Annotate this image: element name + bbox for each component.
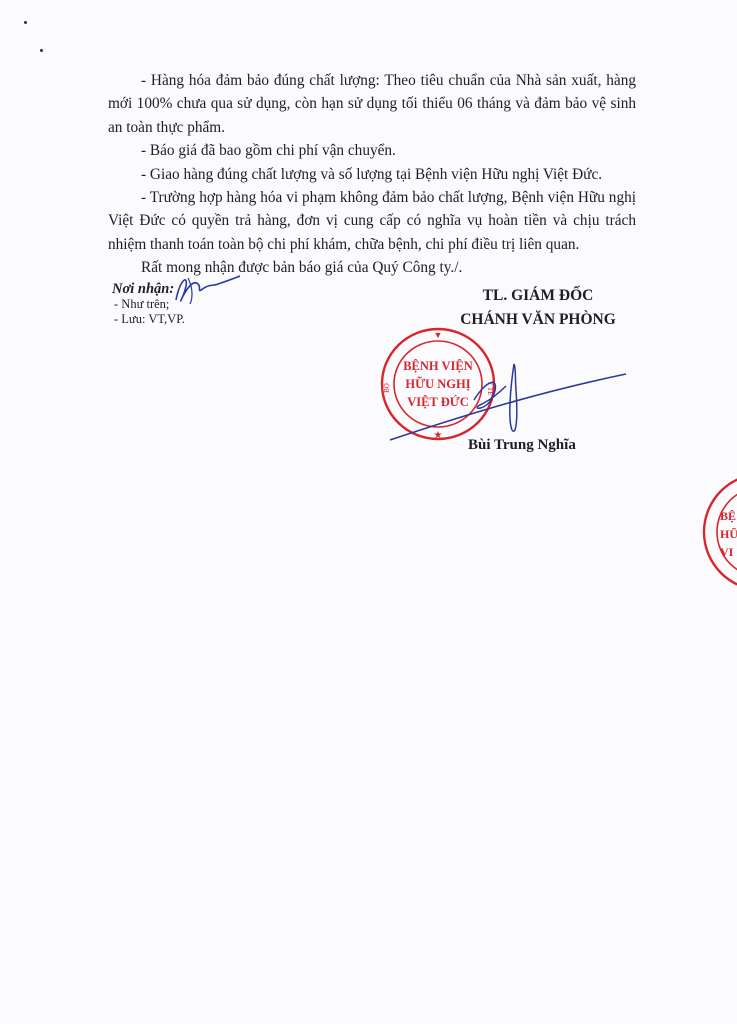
initials-signature-icon: [168, 270, 248, 310]
paragraph-shipping: - Báo giá đã bao gồm chi phí vận chuyển.: [108, 139, 636, 162]
paragraph-quality: - Hàng hóa đảm bảo đúng chất lượng: Theo…: [108, 69, 636, 139]
signer-name: Bùi Trung Nghĩa: [468, 437, 576, 454]
signature-title-line1: TL. GIÁM ĐỐC: [428, 284, 648, 308]
scan-speck: [40, 49, 43, 52]
stamp-line: BỆ: [720, 509, 736, 523]
signature-title: TL. GIÁM ĐỐC CHÁNH VĂN PHÒNG: [428, 284, 648, 332]
stamp-line: HŨ: [720, 527, 737, 541]
stamp-line: VI: [720, 545, 734, 559]
paragraph-violation: - Trường hợp hàng hóa vi phạm không đảm …: [108, 186, 636, 256]
scan-speck: [24, 21, 27, 24]
partial-stamp-icon: BỆ HŨ VI: [700, 468, 737, 598]
recipient-item: - Lưu: VT,VP.: [112, 312, 185, 327]
paragraph-delivery: - Giao hàng đúng chất lượng và số lượng …: [108, 163, 636, 186]
svg-text:▼: ▼: [434, 330, 443, 340]
document-page: - Hàng hóa đảm bảo đúng chất lượng: Theo…: [0, 0, 737, 1024]
document-body: - Hàng hóa đảm bảo đúng chất lượng: Theo…: [108, 69, 636, 280]
